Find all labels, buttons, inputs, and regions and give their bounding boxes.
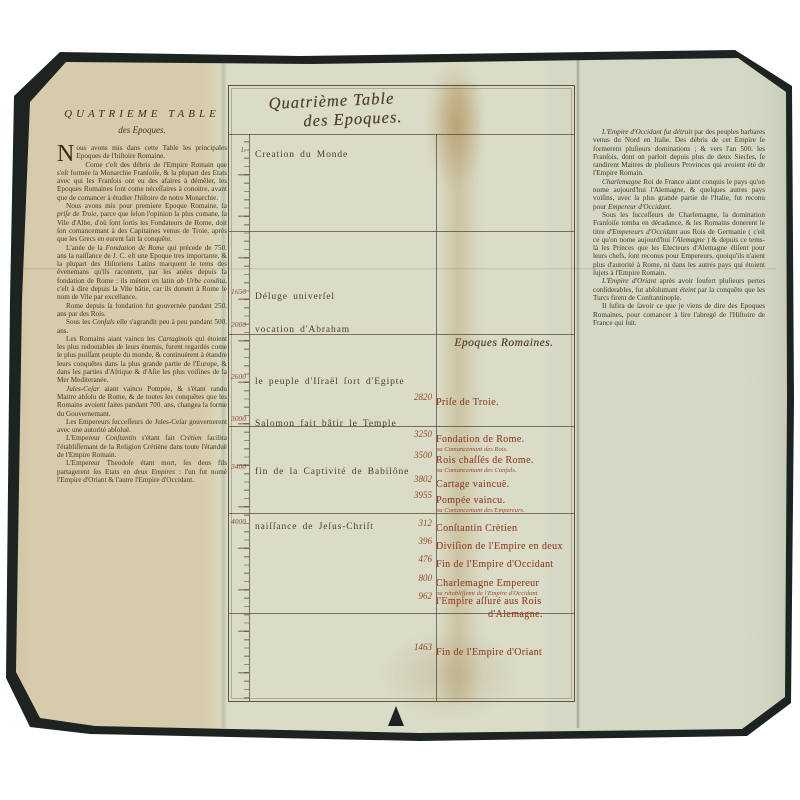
paragraph-text: L'anée de la Fondation de Rome qui préce… <box>57 244 227 302</box>
timeline-year: 3000 <box>226 414 246 423</box>
roman-epoch-subnote: ou Comancemant des Conſuls. <box>436 467 572 474</box>
roman-epoch-year: 396 <box>384 536 436 546</box>
roman-epoch-label: Pompée vaincu. <box>436 495 505 506</box>
timeline-epoch-label: naiſſance de Jeſus-Chriſt <box>255 522 374 532</box>
left-column-subtitle: des Epoques. <box>57 125 227 135</box>
roman-epoch-label: l'Empire aſſuré aus Rois <box>436 596 542 607</box>
roman-epoch-label: Charlemagne Empereur <box>436 578 539 589</box>
table-title-line2: des Epoques. <box>303 107 403 131</box>
roman-epoch-label: Fin de l'Empire d'Occidant <box>436 559 554 570</box>
paragraph: Sous les ſucceſſeurs de Charlemagne, la … <box>593 211 765 277</box>
roman-epoch-label: Cartage vaincuë. <box>436 479 510 490</box>
paragraph-text: Nous avons mis pour premiere Epoque Roma… <box>57 202 227 243</box>
drop-cap: N <box>57 145 74 163</box>
paragraph-text: Sous les ſucceſſeurs de Charlemagne, la … <box>593 211 765 277</box>
roman-epoch-year: 3802 <box>384 474 436 484</box>
paper-tear-notch <box>388 706 404 726</box>
paragraph-text: L'Empereur Theodoſe étant mort, ſes deus… <box>57 459 227 484</box>
paragraph: L'Empereur Conſtantin s'étant fait Créti… <box>57 434 227 459</box>
paragraph-text: L'Empereur Conſtantin s'étant fait Créti… <box>57 434 227 459</box>
paragraph-text: L'Empire d'Oriant après avoir ſoufert pl… <box>593 277 765 302</box>
roman-epoch-label: Priſe de Troie. <box>436 397 499 408</box>
paragraph: Nous avons mis dans cette Table les prin… <box>57 144 227 161</box>
roman-epoch-row: 396Diviſion de l'Empire en deux <box>384 536 574 554</box>
paragraph-text: Come c'eſt des débris de l'Empire Romain… <box>57 161 227 202</box>
timeline-epoch-label: le peuple d'Iſraël ſort d'Egipte <box>255 377 404 387</box>
roman-epoch-label: Diviſion de l'Empire en deux <box>436 541 563 552</box>
roman-epoch-subnote: ou Comancemant des Empereurs. <box>436 507 572 514</box>
paragraph-text: ous avons mis dans cette Table les princ… <box>76 144 227 160</box>
timeline-year: 1656 <box>226 287 246 296</box>
roman-epoch-body: Diviſion de l'Empire en deux <box>436 536 572 554</box>
paragraph: Il ſufira de ſavoir ce que je viens de d… <box>593 302 765 327</box>
roman-epoch-body: Fin de l'Empire d'Oriant <box>436 642 572 660</box>
right-column-paragraphs: L'Empire d'Occidant fut détruit par des … <box>593 128 765 327</box>
roman-epoch-row: 2820Priſe de Troie. <box>384 392 574 410</box>
roman-epoch-body: Priſe de Troie. <box>436 392 572 410</box>
antique-document-photo: { "colors": { "backdrop": "#1c2321", "pa… <box>0 0 800 800</box>
roman-epoch-label-line2: d'Alemagne. <box>436 609 572 620</box>
roman-epoch-row: 962l'Empire aſſuré aus Roisd'Alemagne. <box>384 591 574 620</box>
roman-epoch-row: 1463Fin de l'Empire d'Oriant <box>384 642 574 660</box>
paragraph: L'Empire d'Oriant après avoir ſoufert pl… <box>593 277 765 302</box>
timeline-year: 2600 <box>226 372 246 381</box>
roman-epoch-row: 3500Rois chaſſés de Rome.ou Comancemant … <box>384 450 574 474</box>
roman-epoch-year: 3250 <box>384 429 436 439</box>
table-section-rule-1 <box>229 231 574 232</box>
paragraph: Sous les Conſuls elle s'agrandit peu à p… <box>57 318 227 335</box>
paragraph-text: Il ſufira de ſavoir ce que je viens de d… <box>593 302 765 327</box>
roman-epoch-year: 962 <box>384 591 436 601</box>
roman-epoch-year: 476 <box>384 554 436 564</box>
paragraph: Nous avons mis pour premiere Epoque Roma… <box>57 202 227 243</box>
paragraph-text: Charlemagne Roi de France aiant conquis … <box>593 178 765 211</box>
left-column-paragraphs: Nous avons mis dans cette Table les prin… <box>57 144 227 484</box>
right-text-column: L'Empire d'Occidant fut détruit par des … <box>593 128 765 327</box>
paragraph-text: Jules-Ceſar aiant vaincu Pompée, & s'éta… <box>57 385 227 418</box>
timeline-epoch-label: Déluge univerſel <box>255 292 335 302</box>
paragraph-text: L'Empire d'Occidant fut détruit par des … <box>593 128 765 177</box>
timeline-epoch-label: Creation du Monde <box>255 150 348 160</box>
timeline-row: 2600 le peuple d'Iſraël ſort d'Egipte <box>229 371 439 389</box>
paragraph: Rome depuis ſa fondation fut gouvernée p… <box>57 302 227 319</box>
paragraph: Les Romains aiant vaincu les Cartaginois… <box>57 335 227 385</box>
paragraph-text: Rome depuis ſa fondation fut gouvernée p… <box>57 302 227 318</box>
left-column-title: QUATRIEME TABLE <box>57 108 227 120</box>
timeline-year: 2000 <box>226 320 246 329</box>
left-text-column: QUATRIEME TABLE des Epoques. Nous avons … <box>57 108 227 484</box>
paragraph: L'anée de la Fondation de Rome qui préce… <box>57 244 227 302</box>
paragraph: Jules-Ceſar aiant vaincu Pompée, & s'éta… <box>57 385 227 418</box>
roman-epoch-label: Rois chaſſés de Rome. <box>436 455 534 466</box>
paragraph: L'Empereur Theodoſe étant mort, ſes deus… <box>57 459 227 484</box>
roman-epoch-row: 476Fin de l'Empire d'Occidant <box>384 554 574 572</box>
timeline-epoch-label: vocation d'Abraham <box>255 325 350 335</box>
roman-epoch-row: 3955Pompée vaincu.ou Comancemant des Emp… <box>384 490 574 514</box>
roman-epoch-body: Rois chaſſés de Rome.ou Comancemant des … <box>436 450 572 474</box>
table-handwritten-title: Quatrième Table des Epoques. <box>268 88 403 133</box>
epochs-table: Quatrième Table des Epoques. 1. Creation… <box>228 85 575 702</box>
timeline-year: 3400 <box>226 462 246 471</box>
roman-epoch-year: 3500 <box>384 450 436 460</box>
roman-epoch-year: 2820 <box>384 392 436 402</box>
paragraph-text: Les Romains aiant vaincu les Cartaginois… <box>57 335 227 384</box>
roman-epoch-year: 800 <box>384 573 436 583</box>
roman-epoch-year: 312 <box>384 518 436 528</box>
paragraph: Charlemagne Roi de France aiant conquis … <box>593 178 765 211</box>
roman-epoch-year: 3955 <box>384 490 436 500</box>
paragraph: Les Empereurs ſucceſſeurs de Jules-Ceſar… <box>57 418 227 435</box>
roman-epoch-row: 312Conſtantin Crètien <box>384 518 574 536</box>
roman-epoch-body: Conſtantin Crètien <box>436 518 572 536</box>
roman-epoch-body: Pompée vaincu.ou Comancemant des Empereu… <box>436 490 572 514</box>
timeline-row: 2000 vocation d'Abraham <box>229 319 439 337</box>
timeline-year: 1. <box>226 145 246 154</box>
roman-epoch-body: Fin de l'Empire d'Occidant <box>436 554 572 572</box>
roman-epoch-body: l'Empire aſſuré aus Roisd'Alemagne. <box>436 591 572 620</box>
table-header-rule <box>229 134 574 135</box>
roman-epoch-label: Conſtantin Crètien <box>436 523 517 534</box>
paragraph-text: Les Empereurs ſucceſſeurs de Jules-Ceſar… <box>57 418 227 434</box>
paragraph-text: Sous les Conſuls elle s'agrandit peu à p… <box>57 318 227 334</box>
fold-crease-right <box>576 60 580 728</box>
timeline-row: 1. Creation du Monde <box>229 144 439 162</box>
paragraph: Come c'eſt des débris de l'Empire Romain… <box>57 161 227 202</box>
paragraph: L'Empire d'Occidant fut détruit par des … <box>593 128 765 178</box>
roman-epoch-label: Fondation de Rome. <box>436 434 525 445</box>
roman-epochs-header: Epoques Romaines. <box>434 337 574 349</box>
roman-epoch-label: Fin de l'Empire d'Oriant <box>436 647 542 658</box>
timeline-row: 1656 Déluge univerſel <box>229 286 439 304</box>
timeline-epoch-label: Salomon fait bâtir le Temple <box>255 419 397 429</box>
timeline-year: 4000 <box>226 517 246 526</box>
roman-epoch-year: 1463 <box>384 642 436 652</box>
